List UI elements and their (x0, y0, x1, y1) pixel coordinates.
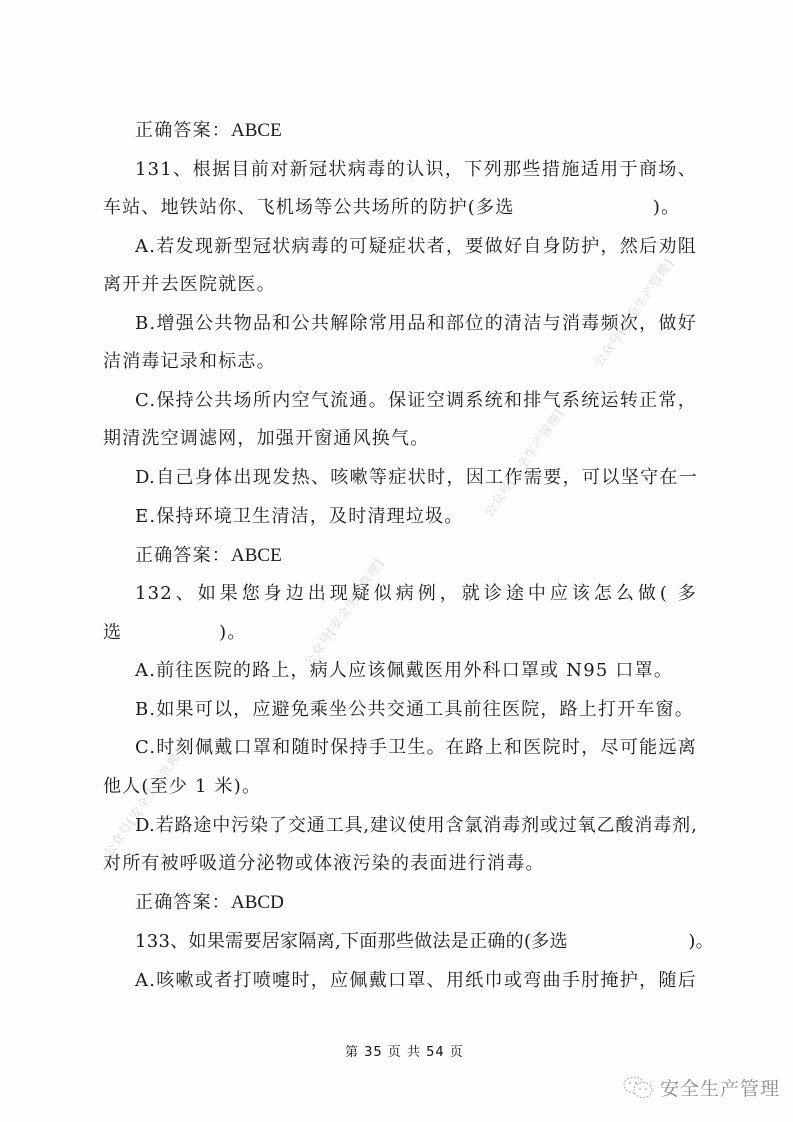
question-133: 133、如果需要居家隔离,下面那些做法是正确的(多选 )。 (135, 931, 697, 953)
option-131-c-continuation: 期清洗空调滤网，加强开窗通风换气。 (103, 428, 697, 450)
answer-label: 正确答案： (135, 545, 231, 566)
option-131-c: C.保持公共场所内空气流通。保证空调系统和排气系统运转正常，定 (135, 390, 697, 412)
question-132-continuation: 选 )。 (103, 622, 697, 644)
answer-value: ABCE (231, 545, 282, 566)
option-131-d: D.自己身体出现发热、咳嗽等症状时，因工作需要，可以坚守在一线。 (135, 467, 697, 489)
wechat-icon (622, 1075, 654, 1101)
option-132-d: D.若路途中污染了交通工具,建议使用含氯消毒剂或过氧乙酸消毒剂, (135, 815, 697, 837)
option-132-b: B.如果可以，应避免乘坐公共交通工具前往医院，路上打开车窗。 (135, 699, 697, 721)
page-number: 第 35 页 共 54 页 (345, 1041, 464, 1060)
option-131-a-continuation: 离开并去医院就医。 (103, 274, 697, 296)
option-132-c: C.时刻佩戴口罩和随时保持手卫生。在路上和医院时，尽可能远离其 (135, 737, 697, 759)
option-133-a: A.咳嗽或者打喷嚏时，应佩戴口罩、用纸巾或弯曲手肘掩护，随后洗 (135, 970, 697, 992)
option-131-a: A.若发现新型冠状病毒的可疑症状者，要做好自身防护，然后劝阻其 (135, 236, 697, 258)
option-132-d-continuation: 对所有被呼吸道分泌物或体液污染的表面进行消毒。 (103, 853, 697, 875)
answer-label: 正确答案： (135, 892, 231, 913)
answer-label: 正确答案： (135, 120, 231, 141)
answer-value: ABCE (231, 120, 282, 141)
document-page: 正确答案：ABCE 131、根据目前对新冠状病毒的认识，下列那些措施适用于商场、… (0, 0, 793, 1122)
question-131-continuation: 车站、地铁站你、飞机场等公共场所的防护(多选 )。 (103, 197, 697, 219)
question-132: 132、如果您身边出现疑似病例，就诊途中应该怎么做( 多 (135, 583, 697, 605)
option-131-e: E.保持环境卫生清洁，及时清理垃圾。 (135, 506, 697, 528)
answer-line: 正确答案：ABCE (135, 120, 697, 142)
answer-value: ABCD (231, 892, 284, 913)
question-131: 131、根据目前对新冠状病毒的认识，下列那些措施适用于商场、火 (135, 159, 697, 181)
watermark: 公众号[安全生产管理] (300, 555, 388, 670)
brand-signature: 安全生产管理 (622, 1074, 780, 1101)
watermark: 公众号[安全生产管理] (480, 405, 568, 520)
answer-line: 正确答案：ABCE (135, 545, 697, 567)
brand-name: 安全生产管理 (660, 1074, 780, 1101)
watermark: 公众号[安全生产管理] (100, 745, 188, 860)
option-132-a: A.前往医院的路上，病人应该佩戴医用外科口罩或 N95 口罩。 (135, 660, 697, 682)
option-132-c-continuation: 他人(至少 1 米)。 (103, 776, 697, 798)
answer-line: 正确答案：ABCD (135, 892, 697, 914)
